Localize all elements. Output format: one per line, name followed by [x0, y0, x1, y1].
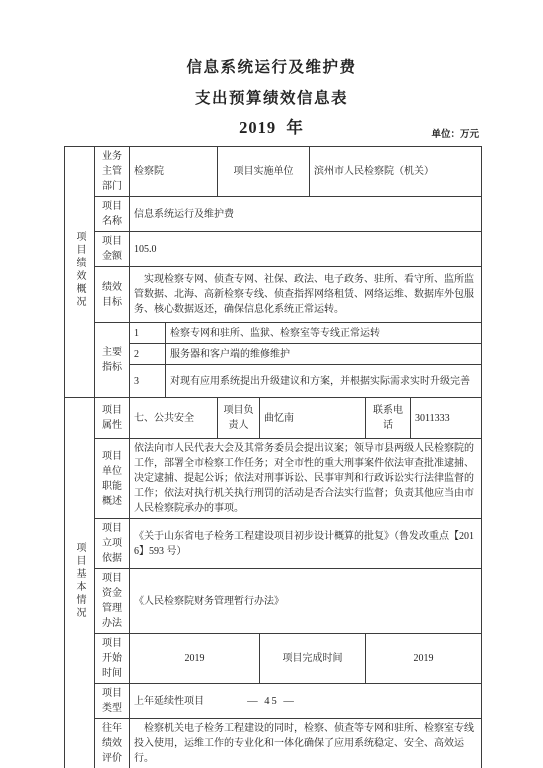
table-row: 主要指标 1 检察专网和驻所、监狱、检察室等专线正常运转: [65, 323, 482, 344]
start-time-label: 项目开始时间: [95, 634, 130, 684]
table-row: 绩效目标 实现检察专网、侦查专网、社保、政法、电子政务、驻所、看守所、监所监管数…: [65, 267, 482, 323]
finish-time-value: 2019: [366, 634, 482, 684]
project-attribute-label: 项目属性: [95, 398, 130, 439]
group-cell-basic-info: 项目基本情况: [65, 398, 95, 768]
project-basis-label: 项目立项依据: [95, 519, 130, 569]
past-performance-value: 检察机关电子检务工程建设的同时，检察、侦查等专网和驻所、检察室专线投入使用，运维…: [130, 719, 482, 768]
document-title-line1: 信息系统运行及维护费: [0, 60, 543, 76]
title-block: 信息系统运行及维护费 支出预算绩效信息表 2019 年 单位：万元: [0, 0, 543, 142]
group-label-performance-overview: 项目绩效概况: [72, 231, 87, 309]
project-basis-value: 《关于山东省电子检务工程建设项目初步设计概算的批复》（鲁发改重点【2016】59…: [130, 519, 482, 569]
indicator-1-number: 1: [130, 323, 166, 344]
unit-functions-value: 依法向市人民代表大会及其常务委员会提出议案；领导市县两级人民检察院的工作，部署全…: [130, 439, 482, 519]
fund-management-value: 《人民检察院财务管理暂行办法》: [130, 569, 482, 634]
indicator-2-text: 服务器和客户端的维修维护: [166, 344, 482, 365]
table-row: 项目单位职能概述 依法向市人民代表大会及其常务委员会提出议案；领导市县两级人民检…: [65, 439, 482, 519]
project-leader-value: 曲忆南: [260, 398, 366, 439]
project-leader-label: 项目负责人: [218, 398, 260, 439]
unit-label: 单位：万元: [431, 126, 479, 140]
budget-performance-table: 项目绩效概况 业务主管部门 检察院 项目实施单位 滨州市人民检察院（机关） 项目…: [64, 146, 482, 768]
group-label-basic-info: 项目基本情况: [72, 542, 87, 620]
table-row: 项目名称 信息系统运行及维护费: [65, 197, 482, 232]
document-title-line2: 支出预算绩效信息表: [0, 91, 543, 107]
performance-goal-value: 实现检察专网、侦查专网、社保、政法、电子政务、驻所、看守所、监所监管数据、北海、…: [130, 267, 482, 323]
table-row: 项目基本情况 项目属性 七、公共安全 项目负责人 曲忆南 联系电话 301133…: [65, 398, 482, 439]
table-row: 往年绩效评价 检察机关电子检务工程建设的同时，检察、侦查等专网和驻所、检察室专线…: [65, 719, 482, 768]
table-row: 项目绩效概况 业务主管部门 检察院 项目实施单位 滨州市人民检察院（机关）: [65, 147, 482, 197]
fund-management-label: 项目资金管理办法: [95, 569, 130, 634]
year-label: 2019 年: [239, 118, 304, 137]
contact-phone-value: 3011333: [411, 398, 482, 439]
year-row: 2019 年 单位：万元: [0, 114, 543, 142]
table-row: 项目金额 105.0: [65, 232, 482, 267]
impl-unit-label: 项目实施单位: [218, 147, 310, 197]
indicator-3-text: 对现有应用系统提出升级建议和方案，并根据实际需求实时升级完善: [166, 365, 482, 398]
project-name-label: 项目名称: [95, 197, 130, 232]
indicator-1-text: 检察专网和驻所、监狱、检察室等专线正常运转: [166, 323, 482, 344]
dept-value: 检察院: [130, 147, 218, 197]
indicator-3-number: 3: [130, 365, 166, 398]
group-cell-performance-overview: 项目绩效概况: [65, 147, 95, 398]
unit-functions-label: 项目单位职能概述: [95, 439, 130, 519]
page-number: — 45 —: [0, 696, 543, 707]
table-row: 项目资金管理办法 《人民检察院财务管理暂行办法》: [65, 569, 482, 634]
table-row: 项目立项依据 《关于山东省电子检务工程建设项目初步设计概算的批复》（鲁发改重点【…: [65, 519, 482, 569]
impl-unit-value: 滨州市人民检察院（机关）: [310, 147, 482, 197]
indicator-2-number: 2: [130, 344, 166, 365]
document-page: 信息系统运行及维护费 支出预算绩效信息表 2019 年 单位：万元 项目绩效概况…: [0, 0, 543, 768]
contact-phone-label: 联系电话: [366, 398, 411, 439]
project-attribute-value: 七、公共安全: [130, 398, 218, 439]
table-row: 项目开始时间 2019 项目完成时间 2019: [65, 634, 482, 684]
dept-label: 业务主管部门: [95, 147, 130, 197]
project-amount-value: 105.0: [130, 232, 482, 267]
past-performance-label: 往年绩效评价: [95, 719, 130, 768]
main-indicators-label: 主要指标: [95, 323, 130, 398]
project-name-value: 信息系统运行及维护费: [130, 197, 482, 232]
project-amount-label: 项目金额: [95, 232, 130, 267]
finish-time-label: 项目完成时间: [260, 634, 366, 684]
start-time-value: 2019: [130, 634, 260, 684]
performance-goal-label: 绩效目标: [95, 267, 130, 323]
